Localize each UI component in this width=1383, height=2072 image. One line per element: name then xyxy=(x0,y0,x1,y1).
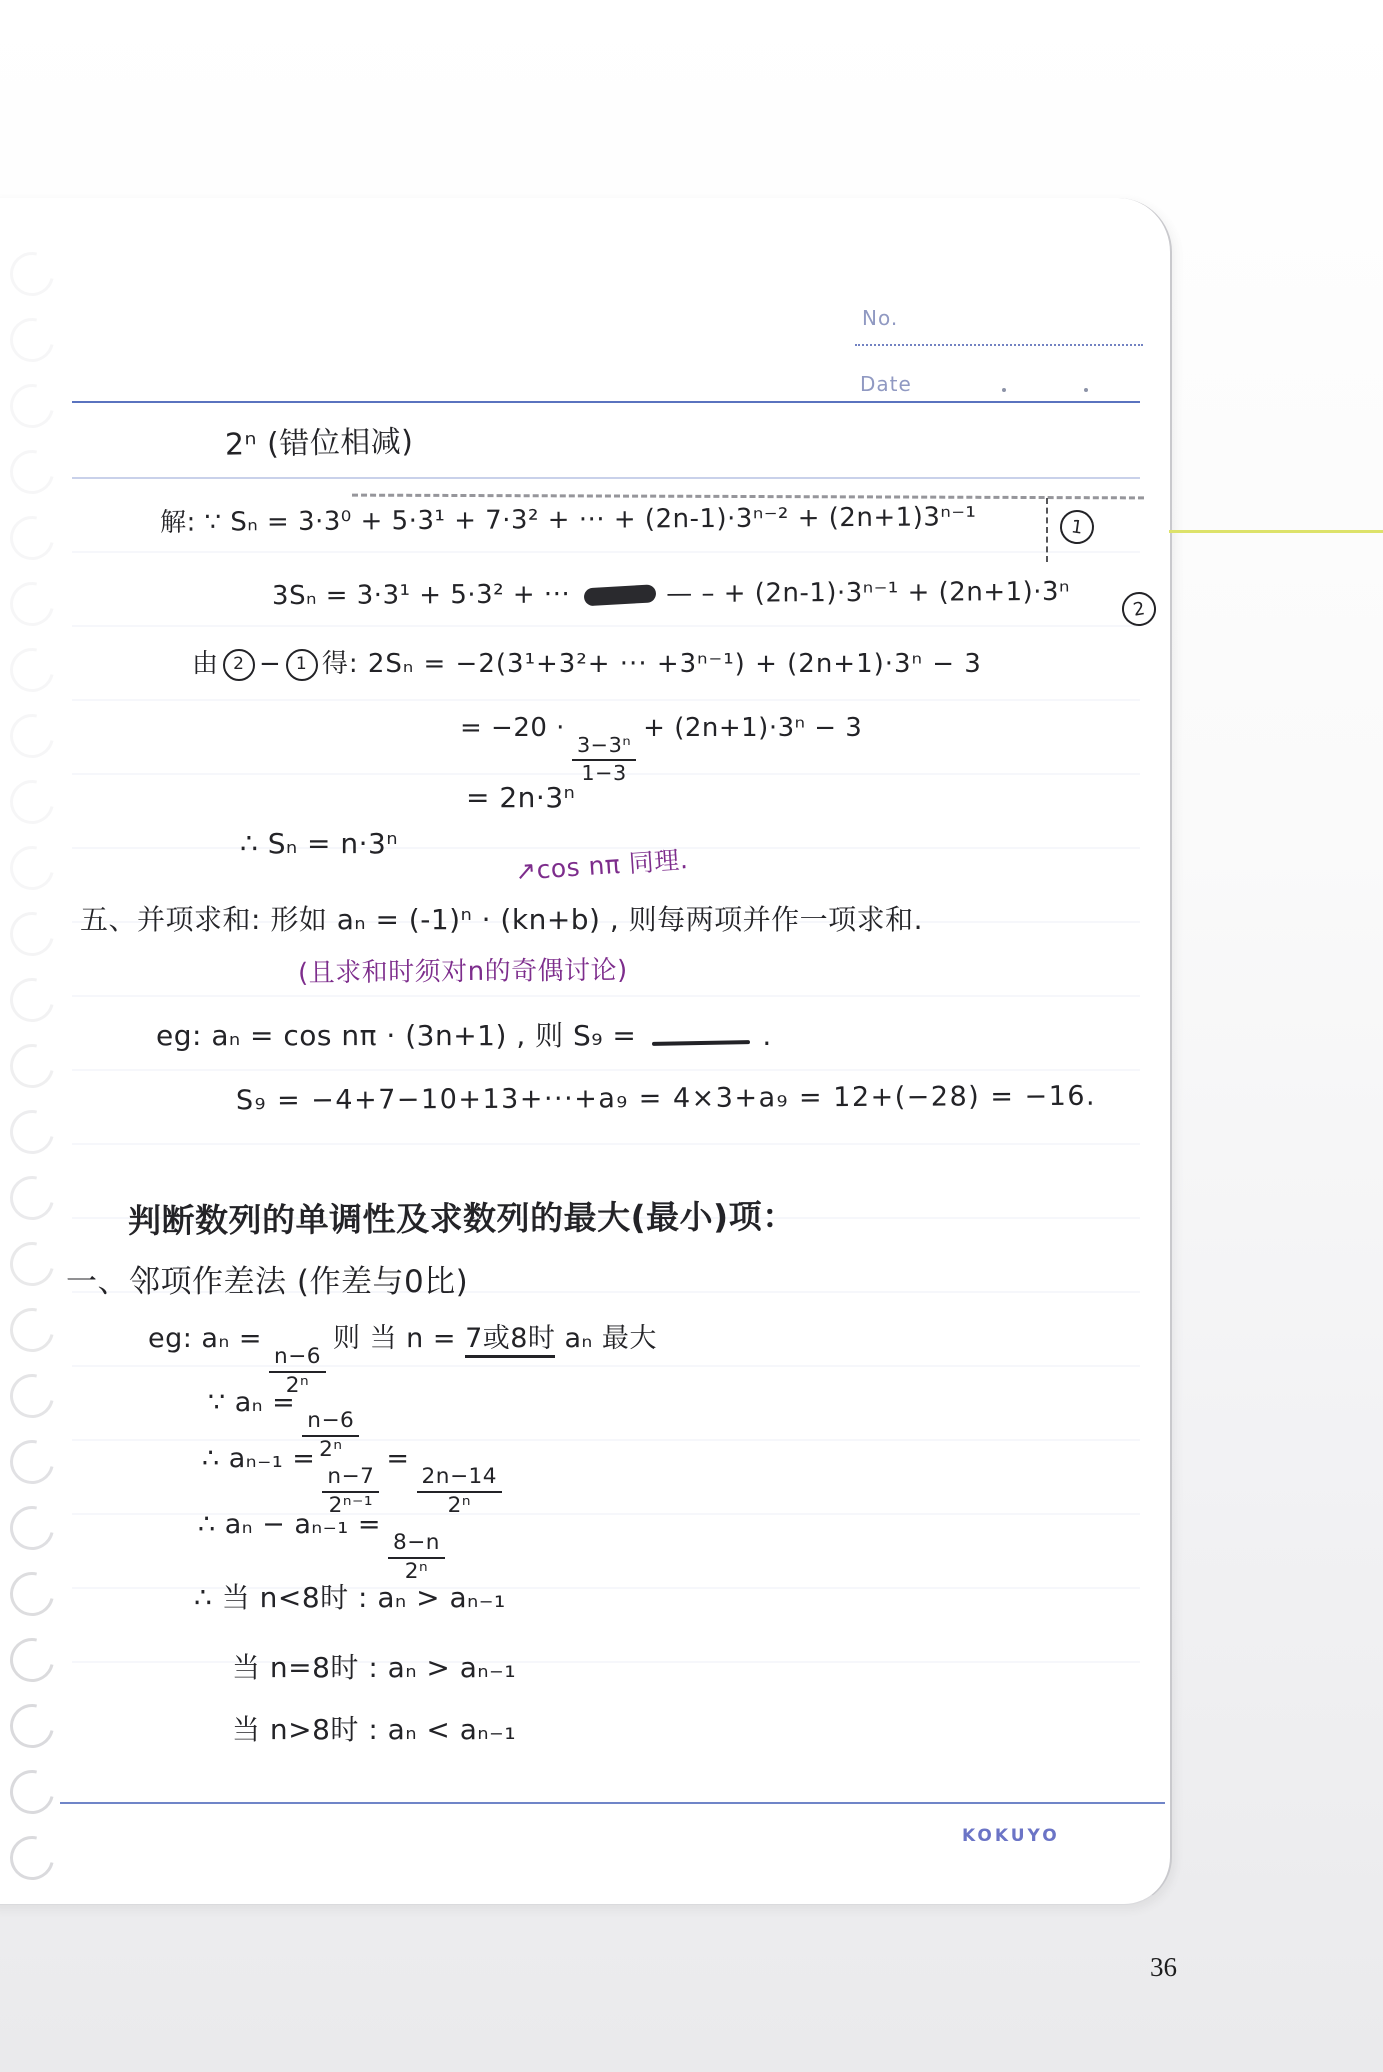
fraction-step-pre: = −20 · xyxy=(460,713,565,743)
footer-rule-line xyxy=(60,1802,1165,1804)
faint-rule-line xyxy=(72,477,1140,479)
date-separator-dot xyxy=(1084,388,1088,392)
method-1-difference: 一、邻项作差法 (作差与0比) xyxy=(66,1263,468,1302)
fraction-step-post: + (2n+1)·3ⁿ − 3 xyxy=(643,713,862,743)
math-line-case2: 当 n=8时 : aₙ > aₙ₋₁ xyxy=(232,1650,516,1685)
fraction-3-3n: 3−3ⁿ1−3 xyxy=(572,735,636,785)
math-line-subtract: 由2−1得: 2Sₙ = −2(3¹+3²+ ··· +3ⁿ⁻¹) + (2n+… xyxy=(192,648,982,681)
minus-sign: − xyxy=(259,649,282,679)
3sn-dashes: — – xyxy=(666,579,715,609)
next-page-edge-line xyxy=(1169,530,1383,533)
date-separator-dot xyxy=(1002,388,1006,392)
date-label: Date xyxy=(860,372,912,396)
eg2-mid: 则 当 n = xyxy=(333,1323,456,1354)
an1-equals: = xyxy=(386,1443,409,1474)
purple-parity-note: (且求和时须对n的奇偶讨论) xyxy=(298,955,628,990)
kokuyo-logo: KOKUYO xyxy=(962,1826,1060,1846)
subtract-result: 得: 2Sₙ = −2(3¹+3²+ ··· +3ⁿ⁻¹) + (2n+1)·3… xyxy=(322,649,982,679)
math-line-difference: ∴ aₙ − aₙ₋₁ =8−n2ⁿ xyxy=(198,1508,452,1583)
eg1-formula: eg: aₙ = cos nπ · (3n+1) , 则 S₉ = xyxy=(156,1019,636,1052)
header-rule-line xyxy=(72,401,1140,403)
math-line-3sn: 3Sₙ = 3·3¹ + 5·3² + ···— – + (2n-1)·3ⁿ⁻¹… xyxy=(272,576,1070,613)
equation-2-ref: 2 xyxy=(223,649,255,681)
math-line-title: 2ⁿ (错位相减) xyxy=(225,423,414,464)
answer-blank-line xyxy=(652,1040,750,1046)
underlined-answer: 7或8时 xyxy=(465,1323,555,1358)
math-line-case3: 当 n>8时 : aₙ < aₙ₋₁ xyxy=(232,1712,516,1747)
section-monotonicity-title: 判断数列的单调性及求数列的最大(最小)项： xyxy=(128,1196,796,1242)
math-line-sn: 解: ∵ Sₙ = 3·3⁰ + 5·3¹ + 7·3² + ··· + (2n… xyxy=(160,501,977,539)
3sn-left: 3Sₙ = 3·3¹ + 5·3² + ··· xyxy=(272,580,570,612)
an1-pre: ∴ aₙ₋₁ = xyxy=(202,1443,315,1474)
eg2-post: aₙ 最大 xyxy=(565,1323,657,1354)
subtract-from: 由 xyxy=(192,649,219,679)
scanned-notebook-screenshot: { "page_number": "36", "header": { "no_l… xyxy=(0,0,1383,2072)
page-number: 36 xyxy=(1150,1952,1177,1983)
eg2-pre: eg: aₙ = xyxy=(148,1323,262,1354)
scribbled-out-text xyxy=(584,584,657,606)
fraction-8n: 8−n2ⁿ xyxy=(388,1532,445,1583)
math-line-case1: ∴ 当 n<8时 : aₙ > aₙ₋₁ xyxy=(194,1580,506,1615)
section-5-grouping-sum: 五、并项求和: 形如 aₙ = (-1)ⁿ · (kn+b) , 则每两项并作一… xyxy=(80,902,923,937)
math-line-eg1: eg: aₙ = cos nπ · (3n+1) , 则 S₉ =. xyxy=(156,1018,772,1053)
math-line-an1: ∴ aₙ₋₁ =n−72ⁿ⁻¹=2n−142ⁿ xyxy=(202,1442,509,1517)
dashed-divider xyxy=(1046,498,1048,562)
equation-1-ref: 1 xyxy=(286,649,318,681)
eg1-period: . xyxy=(762,1019,771,1052)
no-label: No. xyxy=(862,306,898,330)
math-line-2n3n: = 2n·3ⁿ xyxy=(466,780,575,815)
diff-pre: ∴ aₙ − aₙ₋₁ = xyxy=(198,1509,381,1540)
3sn-right: + (2n-1)·3ⁿ⁻¹ + (2n+1)·3ⁿ xyxy=(724,577,1070,609)
math-line-fraction-step: = −20 ·3−3ⁿ1−3+ (2n+1)·3ⁿ − 3 xyxy=(460,712,862,785)
math-line-result: ∴ Sₙ = n·3ⁿ xyxy=(240,826,398,861)
math-line-s9: S₉ = −4+7−10+13+···+a₉ = 4×3+a₉ = 12+(−2… xyxy=(236,1080,1096,1118)
because-pre: ∵ aₙ = xyxy=(208,1387,295,1418)
no-dotted-line xyxy=(855,344,1143,346)
